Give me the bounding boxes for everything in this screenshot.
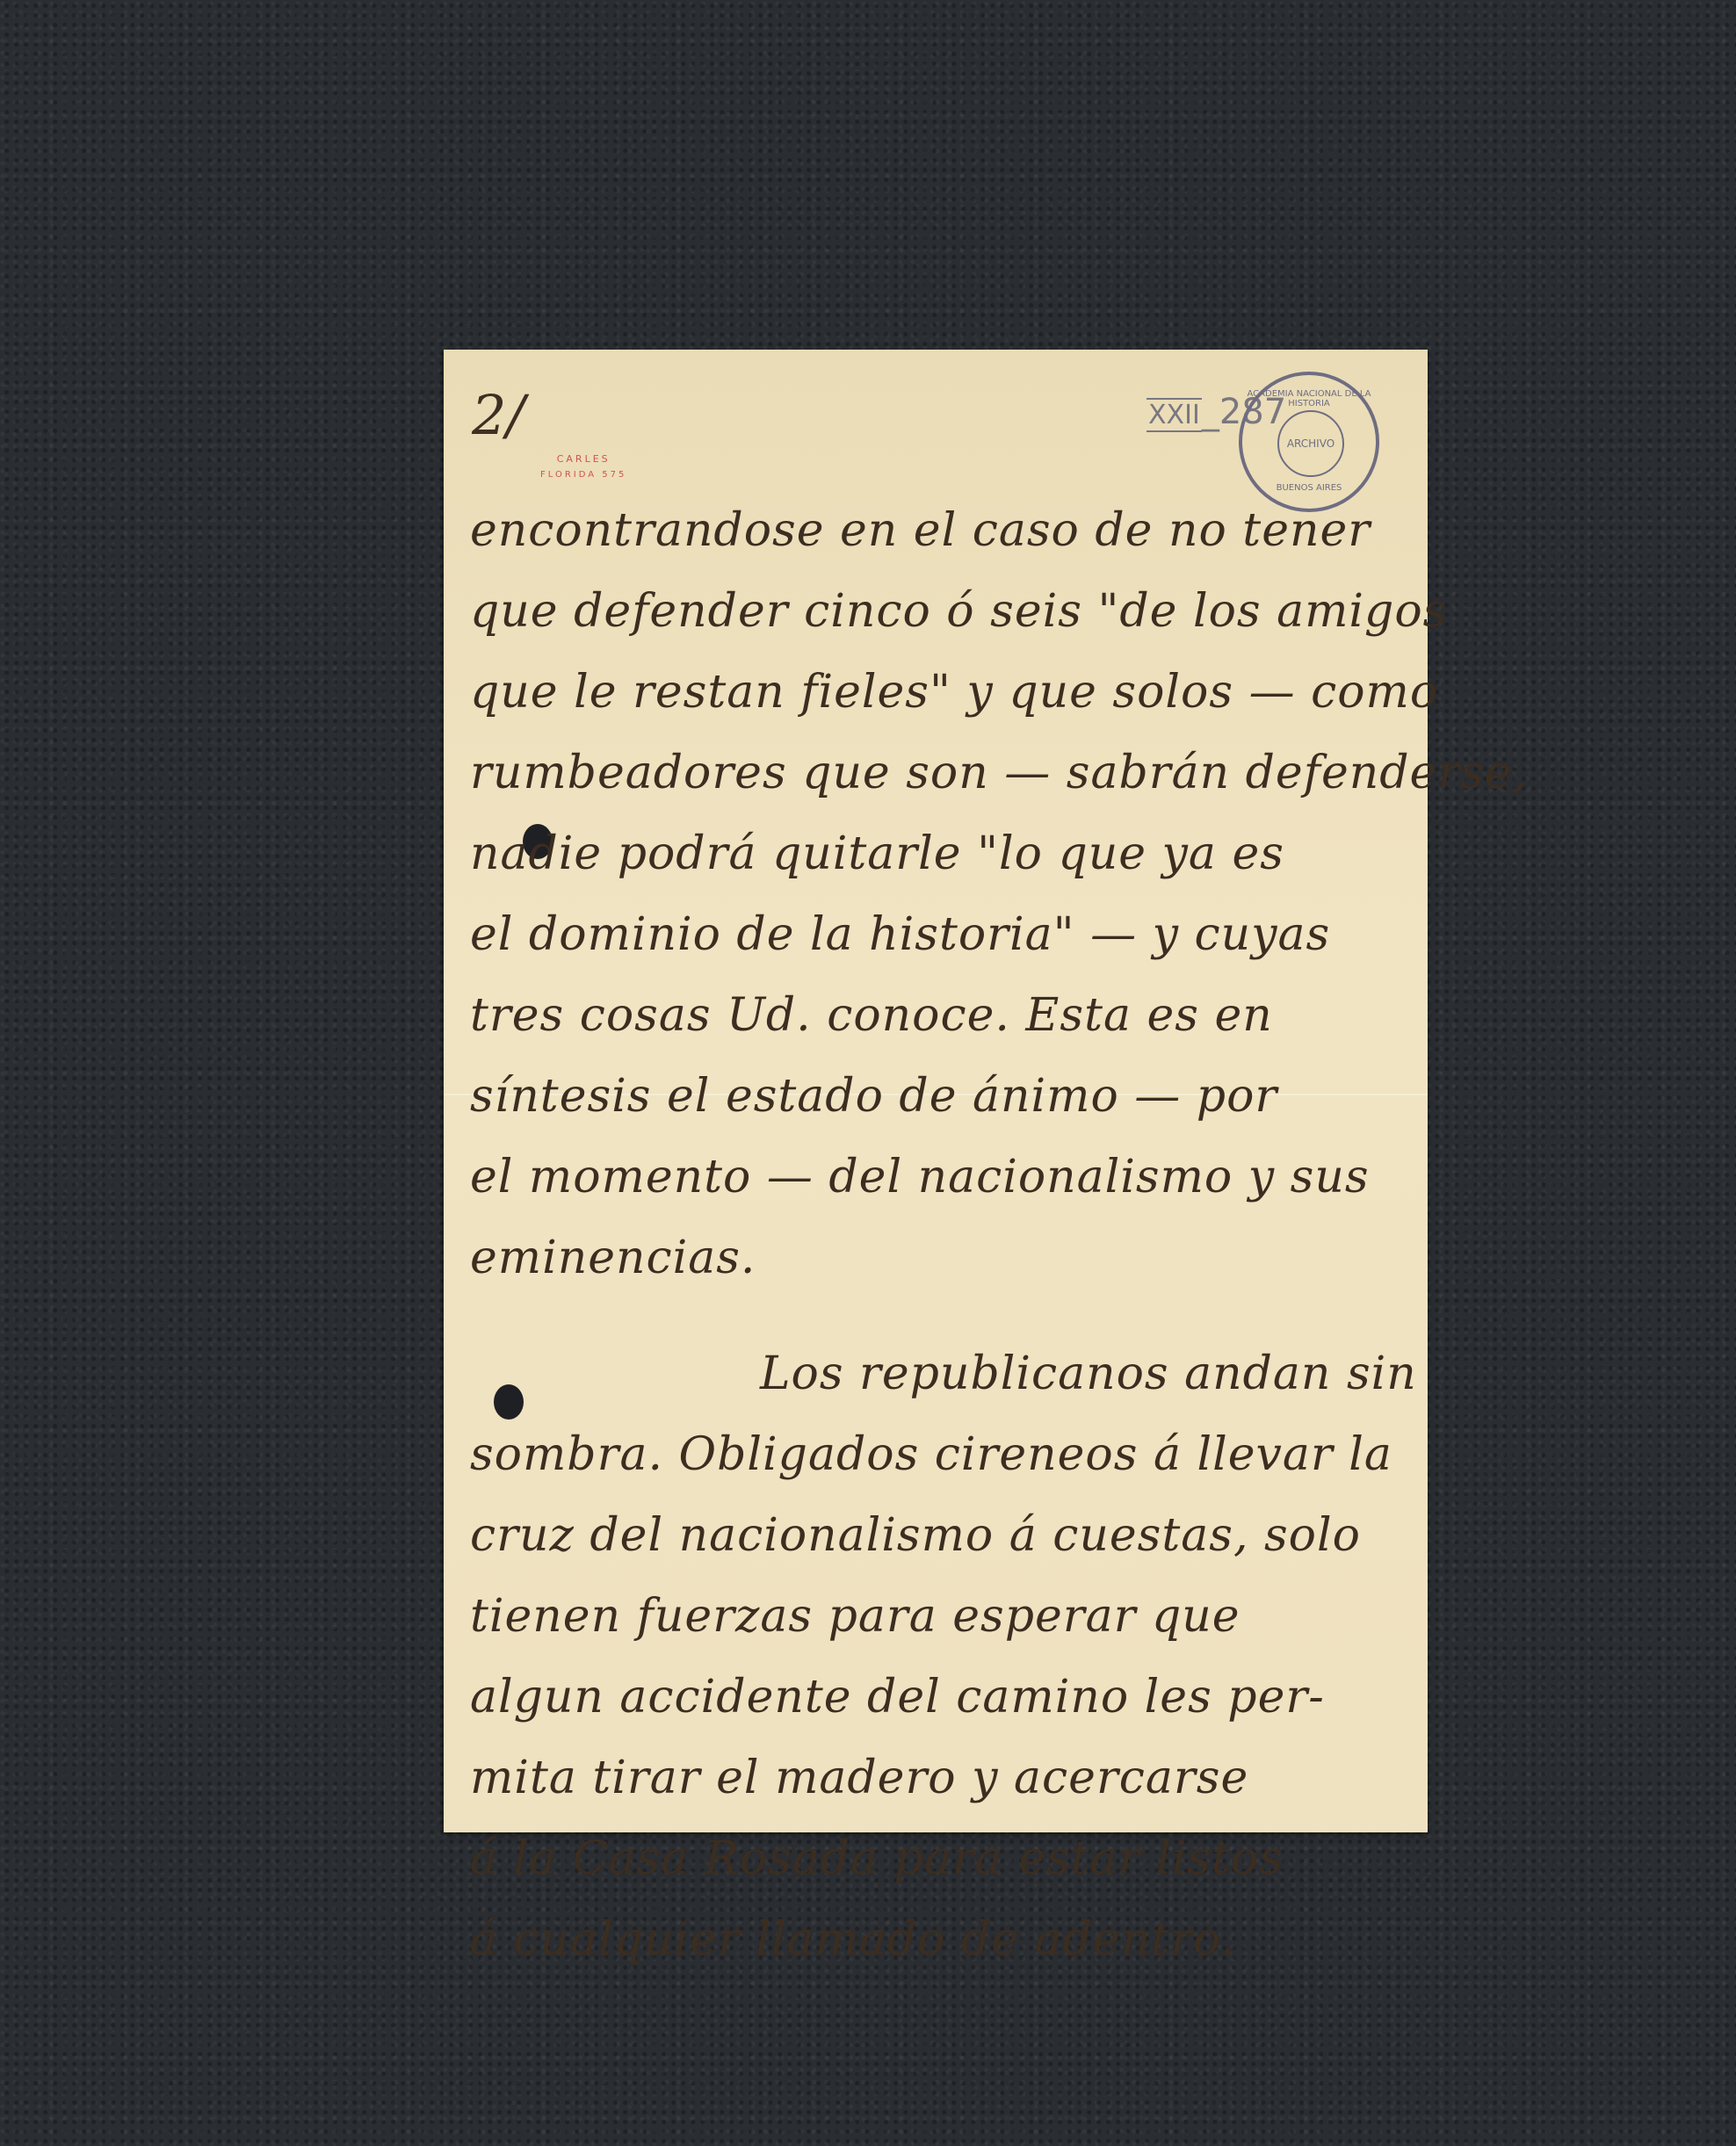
archive-series: XXII — [1146, 398, 1202, 432]
text-line: cruz del nacionalismo á cuestas, solo — [470, 1495, 1401, 1576]
letterhead-address: FLORIDA 575 — [540, 470, 626, 480]
text-line: eminencias. — [470, 1218, 1401, 1298]
text-line: encontrandose en el caso de no tener — [470, 490, 1401, 571]
text-line: á cualquier llamado de adentro. — [470, 1899, 1401, 1980]
text-line: algun accidente del camino les per- — [470, 1657, 1401, 1738]
text-line: sombra. Obligados cireneos á llevar la — [470, 1414, 1401, 1495]
letterhead-name: CARLES — [540, 453, 626, 465]
text-line: tres cosas Ud. conoce. Esta es en — [470, 975, 1401, 1056]
stamp-top-text: ACADEMIA NACIONAL DE LA HISTORIA — [1242, 389, 1376, 408]
text-line: Los republicanos andan sin — [470, 1333, 1401, 1414]
page-number: 2/ — [472, 383, 524, 447]
stamp-center-text: ARCHIVO — [1277, 410, 1344, 477]
text-line: que defender cinco ó seis "de los amigos — [470, 571, 1401, 652]
text-line: mita tirar el madero y acercarse — [470, 1738, 1401, 1818]
handwritten-body: encontrandose en el caso de no tener que… — [470, 490, 1401, 1980]
text-line: que le restan fieles" y que solos — como — [470, 652, 1401, 733]
text-line: el dominio de la historia" — y cuyas — [470, 894, 1401, 975]
text-line: á la Casa Rosada para estar listos — [470, 1818, 1401, 1899]
letterhead: CARLES FLORIDA 575 — [540, 453, 626, 480]
text-line: tienen fuerzas para esperar que — [470, 1576, 1401, 1657]
letter-page: 2/ CARLES FLORIDA 575 XXII_287 ACADEMIA … — [444, 350, 1428, 1832]
text-line: síntesis el estado de ánimo — por — [470, 1056, 1401, 1137]
text-line: el momento — del nacionalismo y sus — [470, 1137, 1401, 1218]
text-line: rumbeadores que son — sabrán defenderse, — [470, 733, 1401, 813]
text-line: nadie podrá quitarle "lo que ya es — [470, 813, 1401, 894]
